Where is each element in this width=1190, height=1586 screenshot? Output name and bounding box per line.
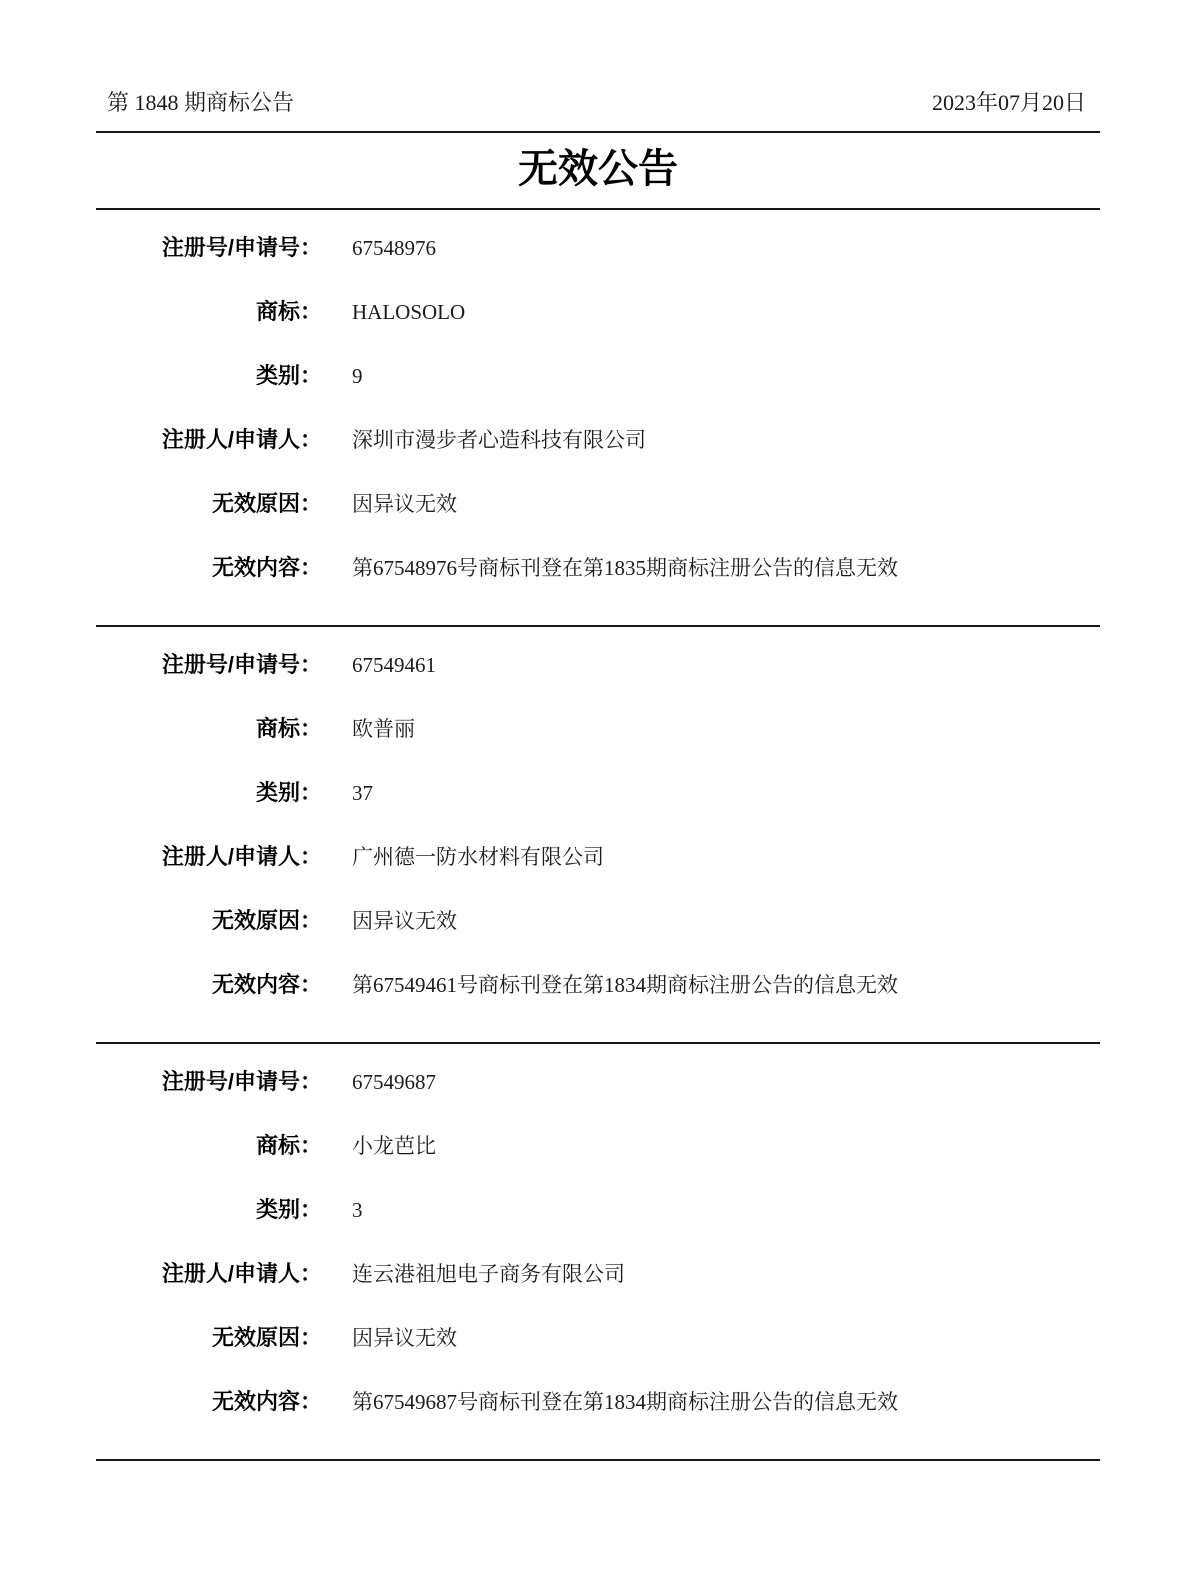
registrant-value: 广州德一防水材料有限公司: [352, 842, 604, 872]
field-row-registrant: 注册人/申请人： 广州德一防水材料有限公司: [96, 842, 1100, 872]
content-label: 无效内容：: [96, 970, 322, 1000]
page-header: 第 1848 期商标公告 2023年07月20日: [96, 88, 1100, 118]
reason-label: 无效原因：: [96, 1323, 322, 1353]
category-label: 类别：: [96, 361, 322, 391]
gazette-issue-label: 第 1848 期商标公告: [107, 88, 294, 118]
content-value: 第67549461号商标刊登在第1834期商标注册公告的信息无效: [352, 970, 898, 1000]
field-row-registrant: 注册人/申请人： 深圳市漫步者心造科技有限公司: [96, 425, 1100, 455]
record-2: 注册号/申请号： 67549461 商标： 欧普丽 类别： 37 注册人/申请人…: [96, 627, 1100, 1000]
trademark-value: 小龙芭比: [352, 1131, 436, 1161]
field-row-content: 无效内容： 第67549687号商标刊登在第1834期商标注册公告的信息无效: [96, 1387, 1100, 1417]
field-row-registrant: 注册人/申请人： 连云港祖旭电子商务有限公司: [96, 1259, 1100, 1289]
field-row-reg-no: 注册号/申请号： 67549687: [96, 1067, 1100, 1097]
field-row-content: 无效内容： 第67549461号商标刊登在第1834期商标注册公告的信息无效: [96, 970, 1100, 1000]
category-label: 类别：: [96, 1195, 322, 1225]
category-value: 3: [352, 1195, 363, 1225]
content-label: 无效内容：: [96, 553, 322, 583]
reason-value: 因异议无效: [352, 489, 457, 519]
record-divider-3: [96, 1459, 1100, 1461]
trademark-value: HALOSOLO: [352, 297, 465, 327]
registrant-label: 注册人/申请人：: [96, 842, 322, 872]
content-value: 第67548976号商标刊登在第1835期商标注册公告的信息无效: [352, 553, 898, 583]
category-label: 类别：: [96, 778, 322, 808]
field-row-trademark: 商标： 欧普丽: [96, 714, 1100, 744]
category-value: 9: [352, 361, 363, 391]
reason-value: 因异议无效: [352, 1323, 457, 1353]
record-1: 注册号/申请号： 67548976 商标： HALOSOLO 类别： 9 注册人…: [96, 210, 1100, 583]
category-value: 37: [352, 778, 373, 808]
reg-no-label: 注册号/申请号：: [96, 1067, 322, 1097]
field-row-trademark: 商标： 小龙芭比: [96, 1131, 1100, 1161]
field-row-reason: 无效原因： 因异议无效: [96, 1323, 1100, 1353]
reg-no-value: 67549461: [352, 650, 436, 680]
registrant-label: 注册人/申请人：: [96, 425, 322, 455]
trademark-label: 商标：: [96, 714, 322, 744]
gazette-date: 2023年07月20日: [932, 88, 1086, 118]
registrant-label: 注册人/申请人：: [96, 1259, 322, 1289]
field-row-category: 类别： 9: [96, 361, 1100, 391]
header-divider: [96, 131, 1100, 133]
registrant-value: 连云港祖旭电子商务有限公司: [352, 1259, 625, 1289]
field-row-content: 无效内容： 第67548976号商标刊登在第1835期商标注册公告的信息无效: [96, 553, 1100, 583]
reg-no-label: 注册号/申请号：: [96, 233, 322, 263]
registrant-value: 深圳市漫步者心造科技有限公司: [352, 425, 646, 455]
reg-no-label: 注册号/申请号：: [96, 650, 322, 680]
content-value: 第67549687号商标刊登在第1834期商标注册公告的信息无效: [352, 1387, 898, 1417]
reg-no-value: 67549687: [352, 1067, 436, 1097]
field-row-trademark: 商标： HALOSOLO: [96, 297, 1100, 327]
trademark-label: 商标：: [96, 1131, 322, 1161]
field-row-category: 类别： 3: [96, 1195, 1100, 1225]
page-title: 无效公告: [96, 143, 1100, 195]
field-row-category: 类别： 37: [96, 778, 1100, 808]
field-row-reason: 无效原因： 因异议无效: [96, 489, 1100, 519]
record-3: 注册号/申请号： 67549687 商标： 小龙芭比 类别： 3 注册人/申请人…: [96, 1044, 1100, 1417]
trademark-label: 商标：: [96, 297, 322, 327]
field-row-reg-no: 注册号/申请号： 67549461: [96, 650, 1100, 680]
trademark-value: 欧普丽: [352, 714, 415, 744]
field-row-reason: 无效原因： 因异议无效: [96, 906, 1100, 936]
reg-no-value: 67548976: [352, 233, 436, 263]
reason-label: 无效原因：: [96, 906, 322, 936]
reason-value: 因异议无效: [352, 906, 457, 936]
field-row-reg-no: 注册号/申请号： 67548976: [96, 233, 1100, 263]
reason-label: 无效原因：: [96, 489, 322, 519]
gazette-page: 第 1848 期商标公告 2023年07月20日 无效公告 注册号/申请号： 6…: [0, 0, 1190, 1586]
content-label: 无效内容：: [96, 1387, 322, 1417]
